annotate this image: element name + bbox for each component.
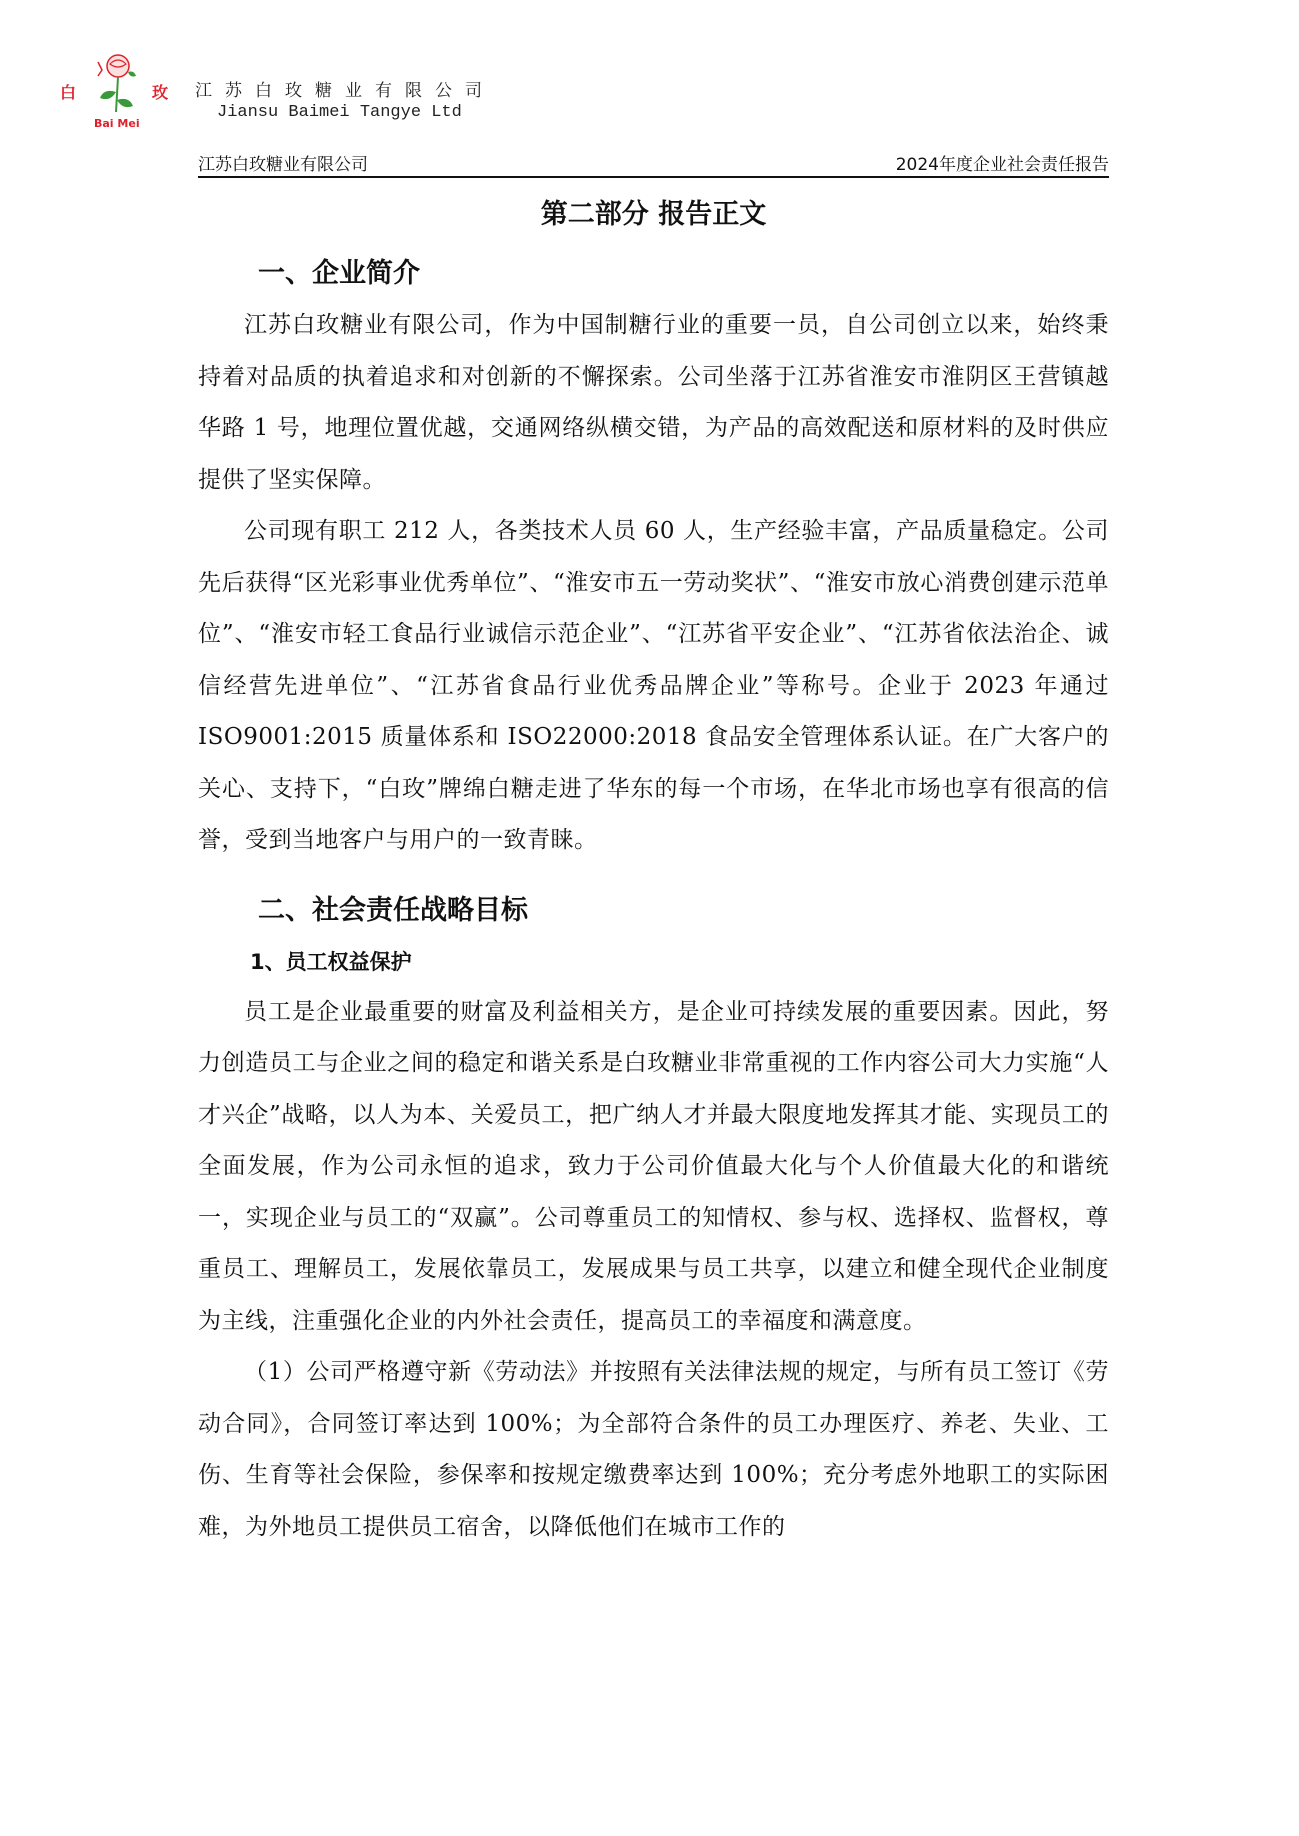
brand-block: 江苏白玫糖业有限公司 Jiansu Baimei Tangye Ltd [195,76,495,122]
running-header: 江苏白玫糖业有限公司 2024年度企业社会责任报告 [198,150,1109,178]
paragraph: 江苏白玫糖业有限公司，作为中国制糖行业的重要一员，自公司创立以来，始终秉持着对品… [198,300,1109,506]
section-heading: 一、企业简介 [258,248,1109,300]
paragraph: 员工是企业最重要的财富及利益相关方，是企业可持续发展的重要因素。因此，努力创造员… [198,987,1109,1348]
running-header-right: 2024年度企业社会责任报告 [896,150,1109,175]
document-body: 第二部分 报告正文 一、企业简介 江苏白玫糖业有限公司，作为中国制糖行业的重要一… [198,190,1109,1553]
paragraph: （1）公司严格遵守新《劳动法》并按照有关法律法规的规定，与所有员工签订《劳动合同… [198,1347,1109,1553]
svg-text:玫: 玫 [151,83,169,102]
subsection-heading: 1、员工权益保护 [250,937,1109,987]
svg-text:Bai Mei: Bai Mei [94,117,140,130]
paragraph: 公司现有职工 212 人，各类技术人员 60 人，生产经验丰富，产品质量稳定。公… [198,506,1109,867]
company-name-en: Jiansu Baimei Tangye Ltd [217,103,495,122]
company-name-cn: 江苏白玫糖业有限公司 [195,76,495,101]
svg-text:白: 白 [60,83,76,102]
part-title: 第二部分 报告正文 [198,190,1109,240]
rose-logo-icon: 白 玫 Bai Mei [58,52,178,132]
running-header-left: 江苏白玫糖业有限公司 [198,150,368,175]
company-logo: 白 玫 Bai Mei [58,52,178,132]
section-heading: 二、社会责任战略目标 [258,885,1109,937]
